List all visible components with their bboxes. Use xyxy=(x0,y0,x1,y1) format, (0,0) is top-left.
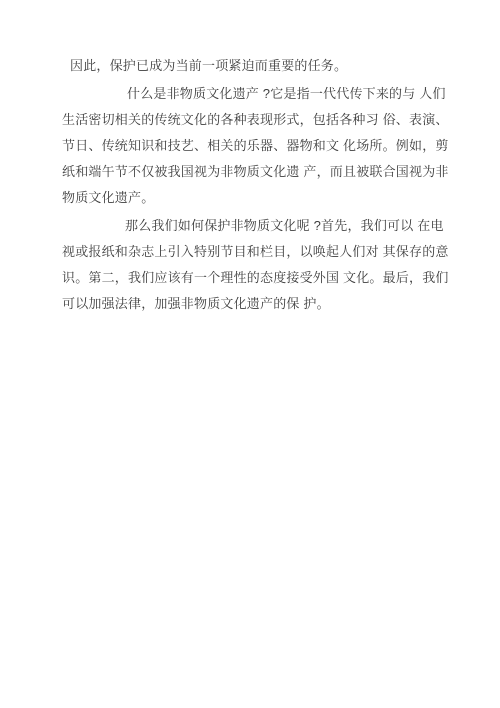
text-line: 物质文化遗产。 xyxy=(62,185,446,211)
text-line: 节日、传统知识和技艺、相关的乐器、器物和文 化场所。例如，剪 xyxy=(62,133,446,159)
text-line: 因此，保护已成为当前一项紧迫而重要的任务。 xyxy=(62,53,446,79)
text-line: 识。第二，我们应该有一个理性的态度接受外国 文化。最后，我们 xyxy=(62,265,446,291)
text-line: 那么我们如何保护非物质文化呢 ?首先，我们可以 在电 xyxy=(62,213,446,239)
document-text-block: 因此，保护已成为当前一项紧迫而重要的任务。什么是非物质文化遗产 ?它是指一代代传… xyxy=(62,53,446,319)
text-line: 生活密切相关的传统文化的各种表现形式，包括各种习 俗、表演、 xyxy=(62,107,446,133)
document-page: 因此，保护已成为当前一项紧迫而重要的任务。什么是非物质文化遗产 ?它是指一代代传… xyxy=(0,0,500,708)
text-line: 视或报纸和杂志上引入特别节目和栏目，以唤起人们对 其保存的意 xyxy=(62,239,446,265)
text-line: 可以加强法律，加强非物质文化遗产的保 护。 xyxy=(62,291,446,317)
paragraph: 那么我们如何保护非物质文化呢 ?首先，我们可以 在电视或报纸和杂志上引入特别节目… xyxy=(62,213,446,317)
paragraph: 什么是非物质文化遗产 ?它是指一代代传下来的与 人们生活密切相关的传统文化的各种… xyxy=(62,81,446,211)
paragraph: 因此，保护已成为当前一项紧迫而重要的任务。 xyxy=(62,53,446,79)
text-line: 纸和端午节不仅被我国视为非物质文化遗 产，而且被联合国视为非 xyxy=(62,159,446,185)
text-line: 什么是非物质文化遗产 ?它是指一代代传下来的与 人们 xyxy=(62,81,446,107)
